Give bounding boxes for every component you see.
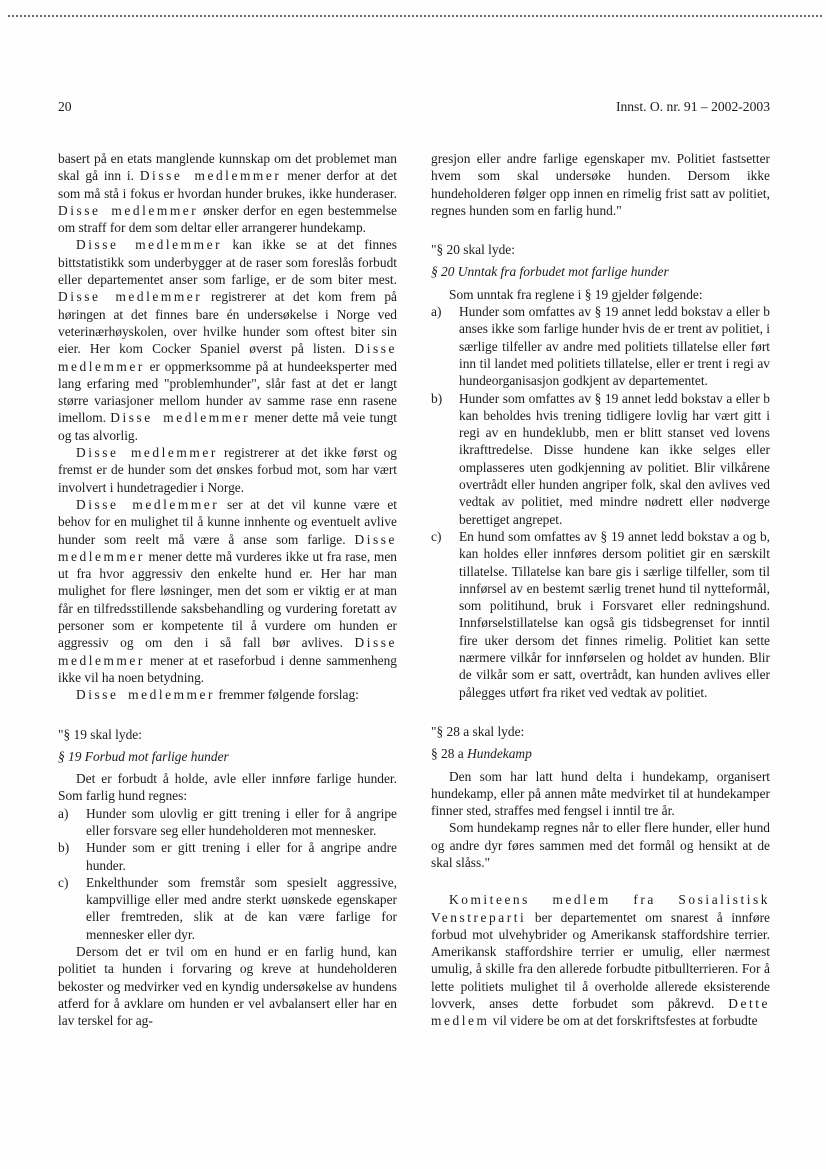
text-run: "§ 20 skal lyde: (431, 242, 515, 257)
page-header: 20 Innst. O. nr. 91 – 2002-2003 (58, 99, 770, 115)
text-run: Som hundekamp regnes når to eller flere … (431, 820, 770, 870)
text-run: Hundekamp (467, 746, 532, 761)
section-quote-heading: "§ 20 skal lyde: (431, 241, 770, 258)
text-run: En hund som omfattes av § 19 annet ledd … (459, 529, 770, 700)
paragraph: Dersom det er tvil om en hund er en farl… (58, 943, 397, 1029)
vertical-gap (431, 871, 770, 891)
text-run: "§ 28 a skal lyde: (431, 724, 524, 739)
section-title: § 19 Forbud mot farlige hunder (58, 748, 397, 765)
left-column: basert på en etats manglende kunnskap om… (58, 150, 397, 1030)
text-run: Disse medlemmer (58, 203, 198, 218)
list-item-text: Hunder som omfattes av § 19 annet ledd b… (459, 390, 770, 528)
list-item-text: Hunder som er gitt trening i eller for å… (86, 839, 397, 874)
paragraph: Disse medlemmer registrerer at det ikke … (58, 444, 397, 496)
text-run: Som unntak fra reglene i § 19 gjelder fø… (449, 287, 703, 302)
text-run: fremmer følgende forslag: (215, 687, 359, 702)
text-run: Disse medlemmer (140, 168, 282, 183)
section-title: § 28 a Hundekamp (431, 745, 770, 762)
paragraph: gresjon eller andre farlige egenskaper m… (431, 150, 770, 219)
document-page: 20 Innst. O. nr. 91 – 2002-2003 basert p… (0, 0, 826, 1169)
section-quote-heading: "§ 28 a skal lyde: (431, 723, 770, 740)
paragraph: basert på en etats manglende kunnskap om… (58, 150, 397, 236)
text-run: Disse medlemmer (76, 497, 219, 512)
text-run: Enkelthunder som fremstår som spesielt a… (86, 875, 397, 942)
text-run: § 19 Forbud mot farlige hunder (58, 749, 229, 764)
text-run: Hunder som omfattes av § 19 annet ledd b… (459, 391, 770, 527)
text-run: mener dette må vurderes ikke ut fra rase… (58, 549, 397, 650)
text-run: Disse medlemmer (76, 687, 215, 702)
list-item-marker: c) (58, 874, 86, 891)
list-item-text: Hunder som omfattes av § 19 annet ledd b… (459, 303, 770, 389)
list-item-marker: b) (58, 839, 86, 856)
paragraph: Disse medlemmer ser at det vil kunne vær… (58, 496, 397, 686)
list-item-text: En hund som omfattes av § 19 annet ledd … (459, 528, 770, 701)
text-run: § 28 a (431, 746, 467, 761)
text-run: Hunder som ulovlig er gitt trening i ell… (86, 806, 397, 838)
text-run: Hunder som omfattes av § 19 annet ledd b… (459, 304, 770, 388)
list-item: c)Enkelthunder som fremstår som spesielt… (58, 874, 397, 943)
right-column: gresjon eller andre farlige egenskaper m… (431, 150, 770, 1030)
text-run: vil videre be om at det forskriftsfestes… (489, 1013, 757, 1028)
text-run: Disse medlemmer (76, 237, 222, 252)
paragraph: Som unntak fra reglene i § 19 gjelder fø… (431, 286, 770, 303)
list-item: a)Hunder som ulovlig er gitt trening i e… (58, 805, 397, 840)
text-run: Disse medlemmer (110, 410, 250, 425)
text-run: "§ 19 skal lyde: (58, 727, 142, 742)
section-quote-heading: "§ 19 skal lyde: (58, 726, 397, 743)
list-item-text: Hunder som ulovlig er gitt trening i ell… (86, 805, 397, 840)
header-document-title: Innst. O. nr. 91 – 2002-2003 (616, 99, 770, 115)
text-run: gresjon eller andre farlige egenskaper m… (431, 151, 770, 218)
list-item-text: Enkelthunder som fremstår som spesielt a… (86, 874, 397, 943)
list-item-marker: a) (58, 805, 86, 822)
paragraph: Den som har latt hund delta i hundekamp,… (431, 768, 770, 820)
list-item-marker: c) (431, 528, 459, 545)
text-columns: basert på en etats manglende kunnskap om… (58, 150, 770, 1030)
text-run: Den som har latt hund delta i hundekamp,… (431, 769, 770, 819)
list-item-marker: b) (431, 390, 459, 407)
list-item: b)Hunder som omfattes av § 19 annet ledd… (431, 390, 770, 528)
paragraph: Disse medlemmer fremmer følgende forslag… (58, 686, 397, 703)
paragraph: Disse medlemmer kan ikke se at det finne… (58, 236, 397, 444)
text-run: Disse medlemmer (76, 445, 218, 460)
scan-artifact-dotted-line (8, 15, 822, 17)
paragraph: Komiteens medlem fra Sosialistisk Venstr… (431, 891, 770, 1029)
section-title: § 20 Unntak fra forbudet mot farlige hun… (431, 263, 770, 280)
paragraph: Det er forbudt å holde, avle eller innfø… (58, 770, 397, 805)
text-run: Det er forbudt å holde, avle eller innfø… (58, 771, 397, 803)
paragraph: Som hundekamp regnes når to eller flere … (431, 819, 770, 871)
list-item: b)Hunder som er gitt trening i eller for… (58, 839, 397, 874)
list-item: a)Hunder som omfattes av § 19 annet ledd… (431, 303, 770, 389)
list-item-marker: a) (431, 303, 459, 320)
text-run: Disse medlemmer (58, 289, 202, 304)
text-run: Hunder som er gitt trening i eller for å… (86, 840, 397, 872)
text-run: § 20 Unntak fra forbudet mot farlige hun… (431, 264, 669, 279)
list-item: c)En hund som omfattes av § 19 annet led… (431, 528, 770, 701)
page-number: 20 (58, 99, 72, 115)
text-run: Dersom det er tvil om en hund er en farl… (58, 944, 397, 1028)
